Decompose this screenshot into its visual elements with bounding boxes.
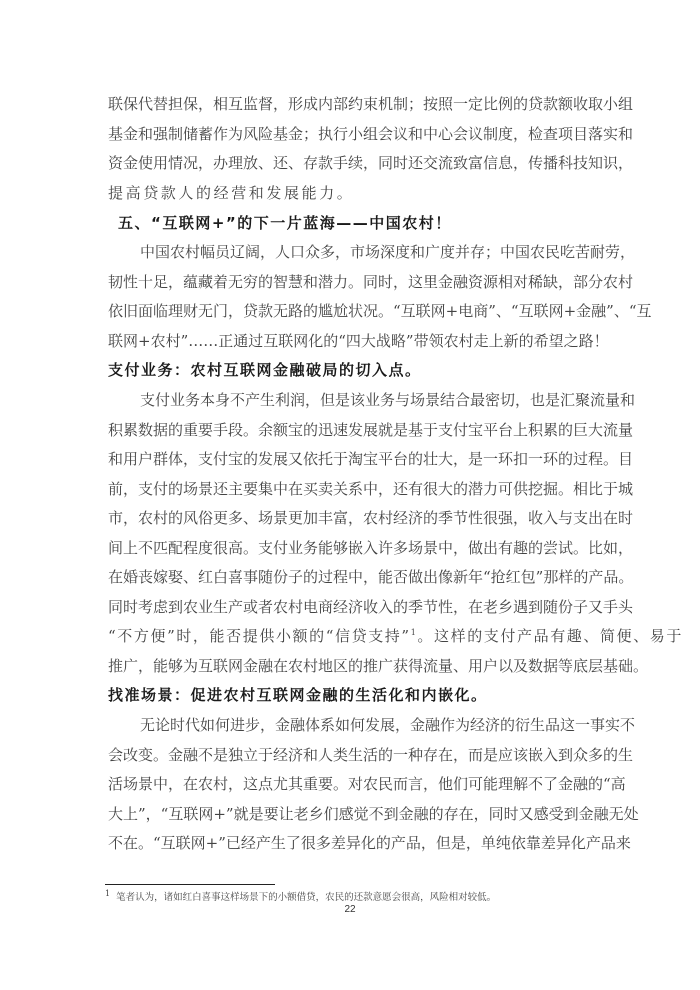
body-text-line: 联网+农村”……正通过互联网化的“四大战略”带领农村走上新的希望之路！: [108, 331, 594, 351]
footnote: 1 笔者认为，诸如红白喜事这样场景下的小额借贷，农民的还款意愿会很高，风险相对较…: [105, 891, 496, 905]
section-heading: 五、“互联网+”的下一片蓝海——中国农村！: [118, 213, 604, 233]
body-text-line-with-footnote: “不方便”时，能否提供小额的“信贷支持”1。这样的支付产品有趣、简便、易于: [108, 626, 594, 646]
body-text-line: 无论时代如何进步，金融体系如何发展，金融作为经济的衍生品这一事实不: [140, 715, 594, 735]
body-text-line: 同时考虑到农业生产或者农村电商经济收入的季节性，在老乡遇到随份子又手头: [108, 597, 594, 617]
document-page: 联保代替担保，相互监督，形成内部约束机制；按照一定比例的贷款额收取小组 基金和强…: [0, 0, 700, 990]
body-text-line: 联保代替担保，相互监督，形成内部约束机制；按照一定比例的贷款额收取小组: [108, 94, 594, 114]
body-text-line: 中国农村幅员辽阔，人口众多，市场深度和广度并存；中国农民吃苦耐劳，: [140, 242, 594, 262]
body-text: “不方便”时，能否提供小额的“信贷支持”: [108, 627, 411, 645]
body-text-line: 会改变。金融不是独立于经济和人类生活的一种存在，而是应该嵌入到众多的生: [108, 745, 594, 765]
body-text-line: 前，支付的场景还主要集中在买卖关系中，还有很大的潜力可供挖掘。相比于城: [108, 479, 594, 499]
body-text-line: 推广，能够为互联网金融在农村地区的推广获得流量、用户以及数据等底层基础。: [108, 656, 594, 676]
body-text: 。这样的支付产品有趣、简便、易于: [417, 627, 683, 645]
body-text-line: 活场景中，在农村，这点尤其重要。对农民而言，他们可能理解不了金融的“高: [108, 774, 594, 794]
body-text-line: 间上不匹配程度很高。支付业务能够嵌入许多场景中，做出有趣的尝试。比如，: [108, 538, 594, 558]
body-text-line: 积累数据的重要手段。余额宝的迅速发展就是基于支付宝平台上积累的巨大流量: [108, 420, 594, 440]
page-number: 22: [0, 904, 700, 915]
footnote-text: 笔者认为，诸如红白喜事这样场景下的小额借贷，农民的还款意愿会很高，风险相对较低。: [116, 892, 496, 903]
body-text-line: 韧性十足，蕴藏着无穷的智慧和潜力。同时，这里金融资源相对稀缺，部分农村: [108, 272, 594, 292]
subheading-scene: 找准场景：促进农村互联网金融的生活化和内嵌化。: [108, 685, 594, 705]
body-text-line: 基金和强制储蓄作为风险基金；执行小组会议和中心会议制度，检查项目落实和: [108, 124, 594, 144]
body-text-line: 在婚丧嫁娶、红白喜事随份子的过程中，能否做出像新年“抢红包”那样的产品。: [108, 567, 594, 587]
body-text-line: 大上”，“互联网+”就是要让老乡们感觉不到金融的存在，同时又感受到金融无处: [108, 804, 594, 824]
body-text-line: 和用户群体，支付宝的发展又依托于淘宝平台的壮大，是一环扣一环的过程。目: [108, 449, 594, 469]
body-text-line: 支付业务本身不产生利润，但是该业务与场景结合最密切，也是汇聚流量和: [140, 390, 594, 410]
body-text-line: 提高贷款人的经营和发展能力。: [108, 183, 594, 203]
body-text-line: 市，农村的风俗更多、场景更加丰富，农村经济的季节性很强，收入与支出在时: [108, 508, 594, 528]
footnote-divider: [105, 884, 275, 885]
footnote-number: 1: [105, 889, 110, 898]
body-text-line: 依旧面临理财无门，贷款无路的尴尬状况。“互联网+电商”、“互联网+金融”、“互: [108, 301, 594, 321]
body-text-line: 不在。“互联网+”已经产生了很多差异化的产品，但是，单纯依靠差异化产品来: [108, 833, 594, 853]
body-text-line: 资金使用情况，办理放、还、存款手续，同时还交流致富信息，传播科技知识，: [108, 153, 594, 173]
subheading-payment: 支付业务：农村互联网金融破局的切入点。: [108, 360, 594, 380]
